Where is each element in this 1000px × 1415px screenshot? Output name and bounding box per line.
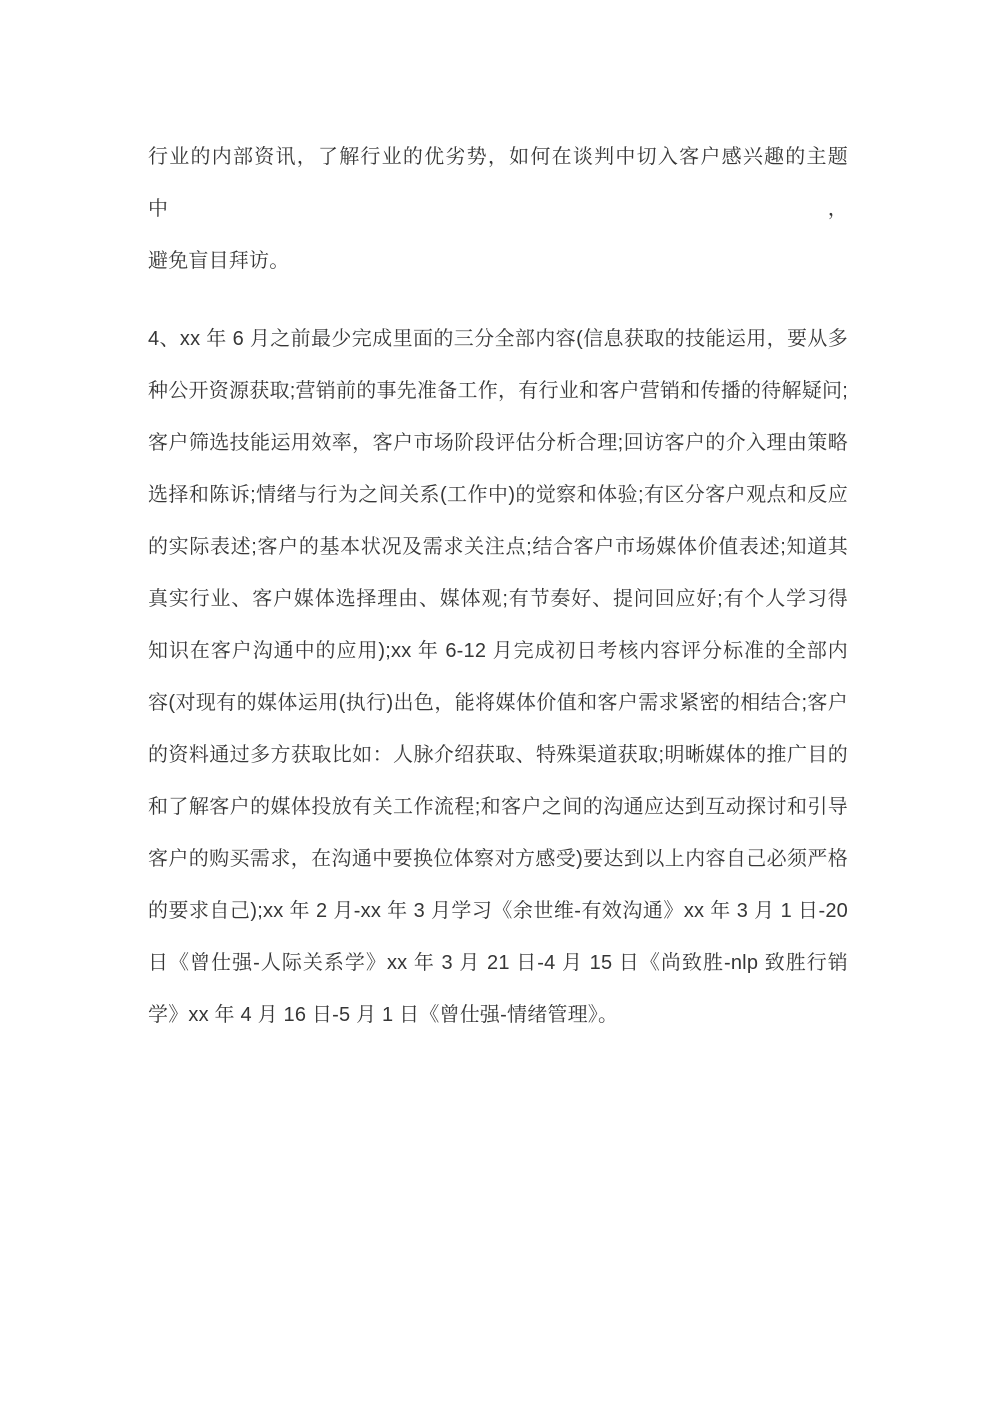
text-line: 学》xx 年 4 月 16 日-5 月 1 日《曾仕强-情绪管理》。 — [148, 989, 848, 1041]
text-line: 知识在客户沟通中的应用);xx 年 6-12 月完成初日考核内容评分标准的全部内 — [148, 625, 848, 677]
text-line: 选择和陈诉;情绪与行为之间关系(工作中)的觉察和体验;有区分客户观点和反应 — [148, 469, 848, 521]
text-line: 的要求自己);xx 年 2 月-xx 年 3 月学习《余世维-有效沟通》xx 年… — [148, 885, 848, 937]
paragraph-item-4: 4、xx 年 6 月之前最少完成里面的三分全部内容(信息获取的技能运用，要从多 … — [148, 313, 848, 1041]
text-line: 行业的内部资讯，了解行业的优劣势，如何在谈判中切入客户感兴趣的主题中， — [148, 131, 848, 235]
document-content: 行业的内部资讯，了解行业的优劣势，如何在谈判中切入客户感兴趣的主题中， 避免盲目… — [148, 131, 848, 1067]
text-line: 客户的购买需求，在沟通中要换位体察对方感受)要达到以上内容自己必须严格 — [148, 833, 848, 885]
text-line: 和了解客户的媒体投放有关工作流程;和客户之间的沟通应达到互动探讨和引导 — [148, 781, 848, 833]
text-line: 避免盲目拜访。 — [148, 235, 848, 287]
document-page: 行业的内部资讯，了解行业的优劣势，如何在谈判中切入客户感兴趣的主题中， 避免盲目… — [0, 0, 1000, 1415]
text-line: 客户筛选技能运用效率，客户市场阶段评估分析合理;回访客户的介入理由策略 — [148, 417, 848, 469]
text-line: 的资料通过多方获取比如：人脉介绍获取、特殊渠道获取;明晰媒体的推广目的 — [148, 729, 848, 781]
paragraph-intro: 行业的内部资讯，了解行业的优劣势，如何在谈判中切入客户感兴趣的主题中， 避免盲目… — [148, 131, 848, 287]
text-line: 的实际表述;客户的基本状况及需求关注点;结合客户市场媒体价值表述;知道其 — [148, 521, 848, 573]
text-line: 真实行业、客户媒体选择理由、媒体观;有节奏好、提问回应好;有个人学习得 — [148, 573, 848, 625]
text-line: 4、xx 年 6 月之前最少完成里面的三分全部内容(信息获取的技能运用，要从多 — [148, 313, 848, 365]
text-line: 种公开资源获取;营销前的事先准备工作，有行业和客户营销和传播的待解疑问; — [148, 365, 848, 417]
text-line: 容(对现有的媒体运用(执行)出色，能将媒体价值和客户需求紧密的相结合;客户 — [148, 677, 848, 729]
text-line: 日《曾仕强-人际关系学》xx 年 3 月 21 日-4 月 15 日《尚致胜-n… — [148, 937, 848, 989]
